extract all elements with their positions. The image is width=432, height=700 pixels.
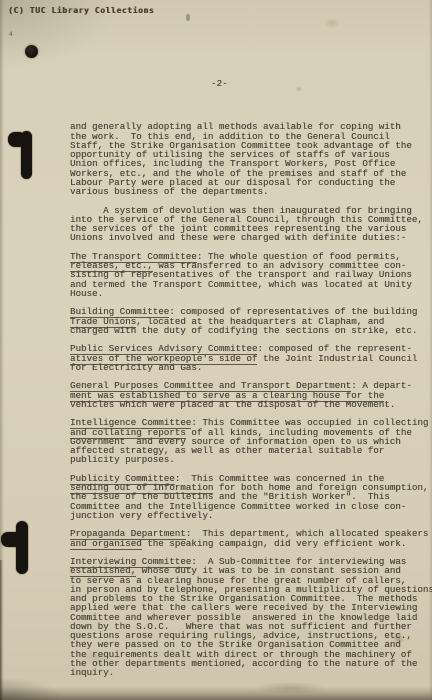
punch-hole	[25, 45, 38, 58]
binding-fastener-bottom	[16, 521, 28, 574]
paragraph-text: whose duty it was to be in constant sess…	[70, 565, 432, 678]
paragraph: and generally adopting all methods avail…	[70, 122, 432, 196]
paragraph: Public Services Advisory Committee: comp…	[70, 344, 432, 372]
paragraph: Publicity Committee: This Committee was …	[70, 474, 432, 520]
paragraph: The Transport Committee: The whole quest…	[70, 252, 432, 298]
page-number: -2-	[211, 79, 432, 88]
scanned-page: (C) TUC Library Collections 4 -2- and ge…	[0, 0, 432, 700]
copyright-watermark: (C) TUC Library Collections	[8, 6, 154, 15]
paper-stain	[186, 14, 190, 21]
document-body: and generally adopting all methods avail…	[70, 122, 432, 677]
underlined-heading: and organised	[70, 538, 142, 550]
binding-fastener-top-arm	[8, 132, 26, 147]
paragraph: Intelligence Committee: This Committee w…	[70, 418, 432, 464]
paragraph: Propaganda Department: This department, …	[70, 529, 432, 548]
paragraph-text: the speaking campaign, did very efficien…	[142, 538, 407, 549]
paragraph: General Purposes Committee and Transport…	[70, 381, 432, 409]
paper-fold-shadow	[0, 560, 3, 700]
paragraph-text: vehicles which were placed at the dispos…	[70, 399, 395, 410]
paragraph: A system of devolution was then inaugura…	[70, 206, 432, 243]
paragraph: Building Committee: composed of represen…	[70, 307, 432, 335]
typewritten-text: -2- and generally adopting all methods a…	[70, 60, 432, 700]
paragraph: Interviewing Committee: A Sub-Committee …	[70, 557, 432, 677]
paragraph-text: A system of devolution was then inaugura…	[70, 205, 423, 244]
paper-shading-bottomleft	[0, 678, 60, 700]
paragraph-text: and generally adopting all methods avail…	[70, 121, 412, 197]
binding-fastener-bottom-arm	[1, 532, 22, 547]
pencil-corner-mark: 4	[9, 31, 13, 38]
paper-stain	[324, 18, 340, 29]
